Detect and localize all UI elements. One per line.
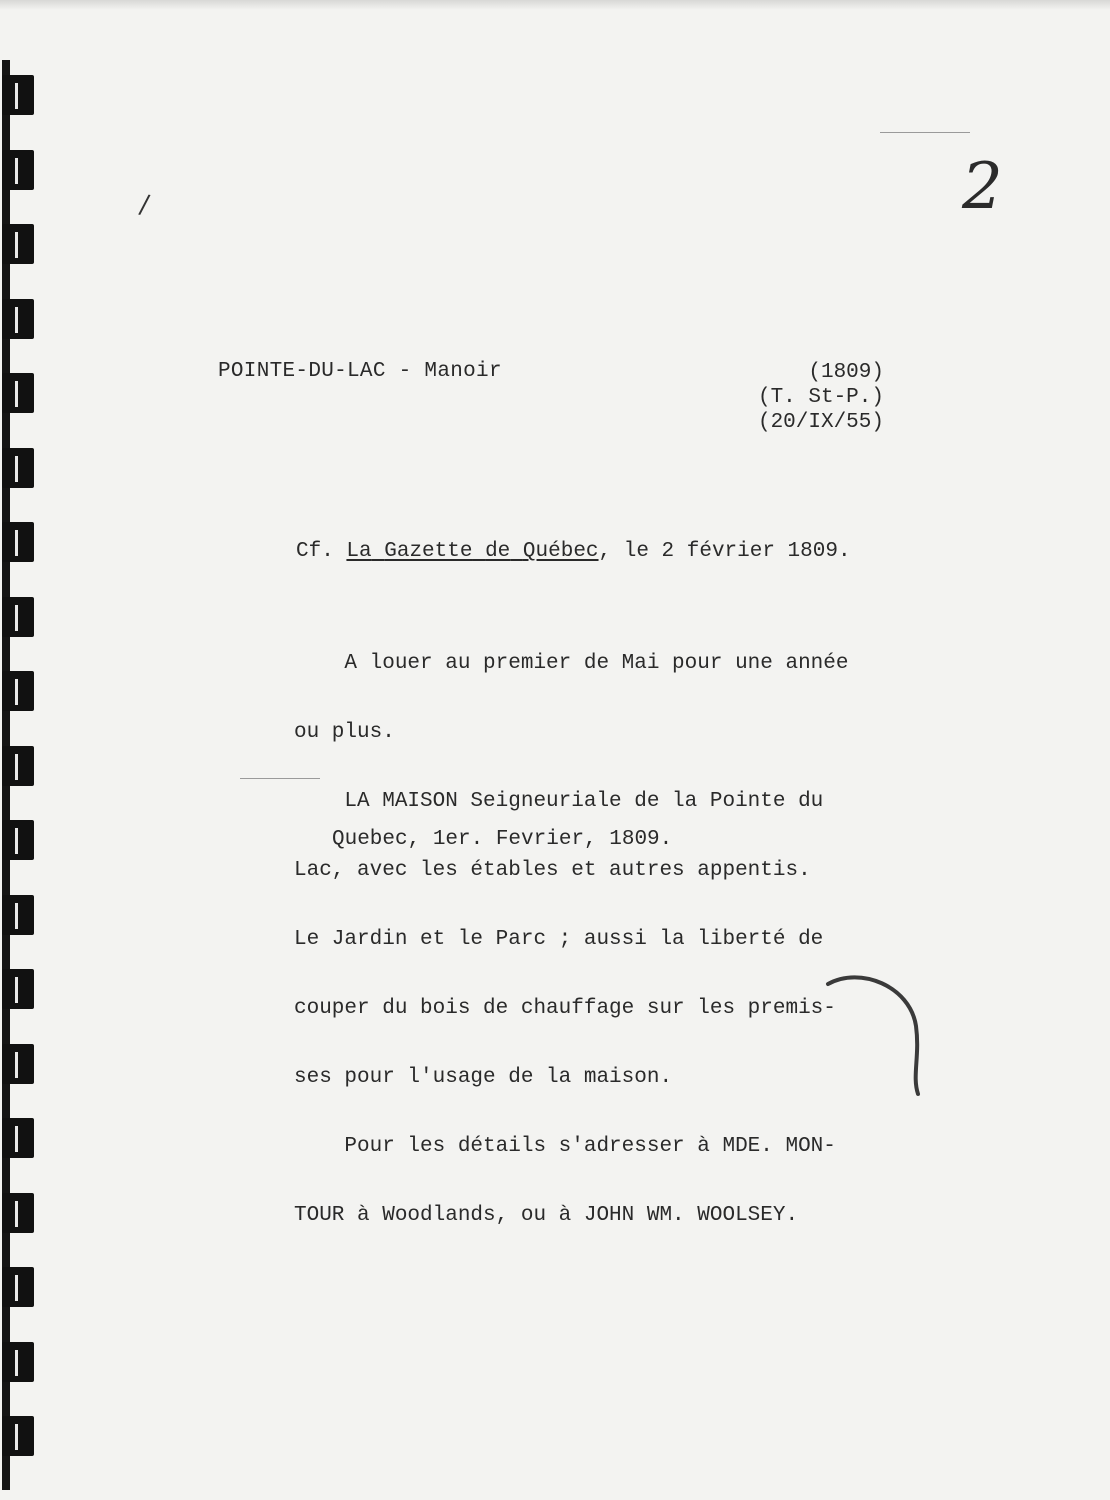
body-line: LA MAISON Seigneuriale de la Pointe du [294, 790, 849, 813]
reference-year: (1809) [758, 360, 884, 385]
margin-stroke [880, 132, 970, 133]
binding-ring [2, 1193, 34, 1233]
binding-ring [2, 1342, 34, 1382]
binding-ring [2, 150, 34, 190]
body-line: A louer au premier de Mai pour une année [294, 652, 849, 675]
binding-ring [2, 746, 34, 786]
binding-ring [2, 969, 34, 1009]
handwritten-page-number: 2 [962, 150, 1003, 224]
binding-ring [2, 1416, 34, 1456]
binding-ring [2, 224, 34, 264]
hair-artifact-icon [820, 966, 930, 1106]
check-mark: / [137, 189, 151, 220]
reference-source: (T. St-P.) [758, 385, 884, 410]
binding-ring [2, 1267, 34, 1307]
advertisement-text: A louer au premier de Mai pour une année… [294, 606, 849, 1250]
body-line: ses pour l'usage de la maison. [294, 1066, 849, 1089]
body-line: Pour les détails s'adresser à MDE. MON- [294, 1135, 849, 1158]
reference-block: (1809) (T. St-P.) (20/IX/55) [758, 360, 884, 435]
citation-date: , le 2 février 1809. [599, 540, 851, 563]
binding-ring [2, 522, 34, 562]
signoff-line: Quebec, 1er. Fevrier, 1809. [332, 828, 672, 851]
body-line: couper du bois de chauffage sur les prem… [294, 997, 849, 1020]
binding-ring [2, 671, 34, 711]
page-edge [0, 0, 1110, 10]
binding-ring [2, 448, 34, 488]
citation-line: Cf. La Gazette de Québec, le 2 février 1… [296, 540, 851, 563]
publication-title: La Gazette de Québec [346, 540, 598, 563]
body-line: Lac, avec les étables et autres appentis… [294, 859, 849, 882]
binding-ring [2, 373, 34, 413]
citation-prefix: Cf. [296, 540, 334, 563]
binding-ring [2, 75, 34, 115]
binding-ring [2, 820, 34, 860]
body-line: Le Jardin et le Parc ; aussi la liberté … [294, 928, 849, 951]
body-line: TOUR à Woodlands, ou à JOHN WM. WOOLSEY. [294, 1204, 849, 1227]
binding-ring [2, 597, 34, 637]
binding-ring [2, 1044, 34, 1084]
reference-date: (20/IX/55) [758, 410, 884, 435]
body-line: ou plus. [294, 721, 849, 744]
binding-ring [2, 895, 34, 935]
binding-ring [2, 1118, 34, 1158]
document-heading: POINTE-DU-LAC - Manoir [218, 360, 502, 383]
binding-ring [2, 299, 34, 339]
